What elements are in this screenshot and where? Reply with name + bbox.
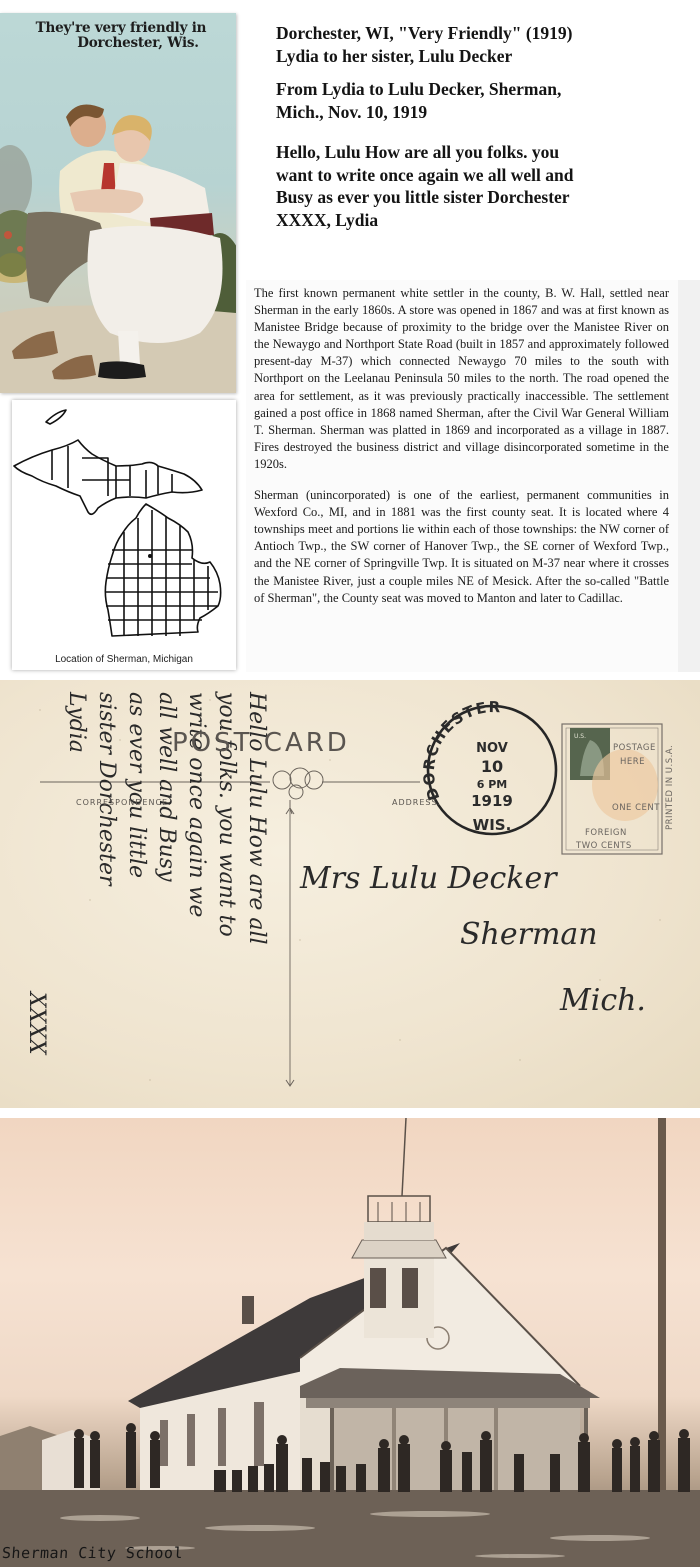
postcard-header: Dorchester, WI, "Very Friendly" (1919) L… [276,22,676,242]
postmark: DORCHESTER NOV 10 6 PM 1919 WIS. [420,698,556,834]
hand-line-5: as ever you little [124,692,149,878]
front-postcard-caption: They're very friendly in Dorchester, Wis… [0,21,236,51]
correspondence-label: CORRESPONDENCE. [76,798,172,807]
address-line-1: Mrs Lulu Decker [299,861,558,896]
postmark-state: WIS. [473,816,512,834]
message-line-4: XXXX, Lydia [276,210,378,230]
from-line-1: From Lydia to Lulu Decker, Sherman, [276,79,561,99]
title-block: Dorchester, WI, "Very Friendly" (1919) L… [276,22,676,67]
message-line-2: want to write once again we all well and [276,165,573,185]
title-line-1: Dorchester, WI, "Very Friendly" (1919) [276,23,572,43]
caption-line-1: They're very friendly in [0,21,236,36]
address-line-2: Sherman [460,917,598,952]
stamp-side-text: PRINTED IN U.S.A. [665,745,675,830]
michigan-county-map-icon [12,400,236,650]
hand-line-8: XXXX [24,990,49,1056]
title-line-2: Lydia to her sister, Lulu Decker [276,46,512,66]
address-handwriting: Mrs Lulu Decker Sherman Mich. [299,861,646,1018]
schoolhouse-illustration [0,1118,700,1567]
map-caption: Location of Sherman, Michigan [12,654,236,665]
history-text: The first known permanent white settler … [254,285,669,621]
postmark-month: NOV [476,741,508,756]
message-line-1: Hello, Lulu How are all you folks. you [276,142,559,162]
caption-line-2: Dorchester, Wis. [0,36,236,51]
postmark-day: 10 [481,757,503,776]
stamp-line-2: HERE [620,757,645,767]
stamp-box: U.S. POSTAGE HERE ONE CENT FOREIGN TWO C… [562,724,675,854]
postmark-time: 6 PM [477,778,508,791]
hand-line-4: all well and Busy [154,692,179,882]
stamp-line-1: POSTAGE [613,743,656,753]
postcard-back-image: U.S. POSTAGE HERE ONE CENT FOREIGN TWO C… [0,680,700,1108]
sherman-school-photo: Sherman City School [0,1118,700,1567]
school-photo-caption: Sherman City School [1,1544,183,1562]
address-label: ADDRESS. [392,798,441,807]
postmark-year: 1919 [471,792,513,810]
front-postcard-image: They're very friendly in Dorchester, Wis… [0,13,236,393]
hand-line-6: sister Dorchester [94,692,119,887]
hand-line-7: Lydia [64,691,89,753]
michigan-map: Location of Sherman, Michigan [12,400,236,670]
message-transcription: Hello, Lulu How are all you folks. you w… [276,141,676,231]
history-paragraph-1: The first known permanent white settler … [254,285,669,473]
couple-illustration [0,13,236,393]
stamp-line-5: FOREIGN [585,828,627,838]
address-line-3: Mich. [559,983,646,1018]
message-line-3: Busy as ever you little sister Dorcheste… [276,187,570,207]
hand-line-3: write once again we [184,692,209,917]
sherman-location-dot [148,554,152,558]
postcard-title: POST CARD [172,728,350,758]
stamp-line-6: TWO CENTS [575,841,632,851]
history-paragraph-2: Sherman (unincorporated) is one of the e… [254,487,669,607]
svg-text:U.S.: U.S. [574,733,586,740]
sherman-history-panel: The first known permanent white settler … [246,280,700,672]
panel-margin [678,280,700,672]
from-line-2: Mich., Nov. 10, 1919 [276,102,427,122]
from-block: From Lydia to Lulu Decker, Sherman, Mich… [276,78,676,123]
postcard-back-art: U.S. POSTAGE HERE ONE CENT FOREIGN TWO C… [0,680,700,1108]
stamp-line-4: ONE CENT [612,803,660,813]
